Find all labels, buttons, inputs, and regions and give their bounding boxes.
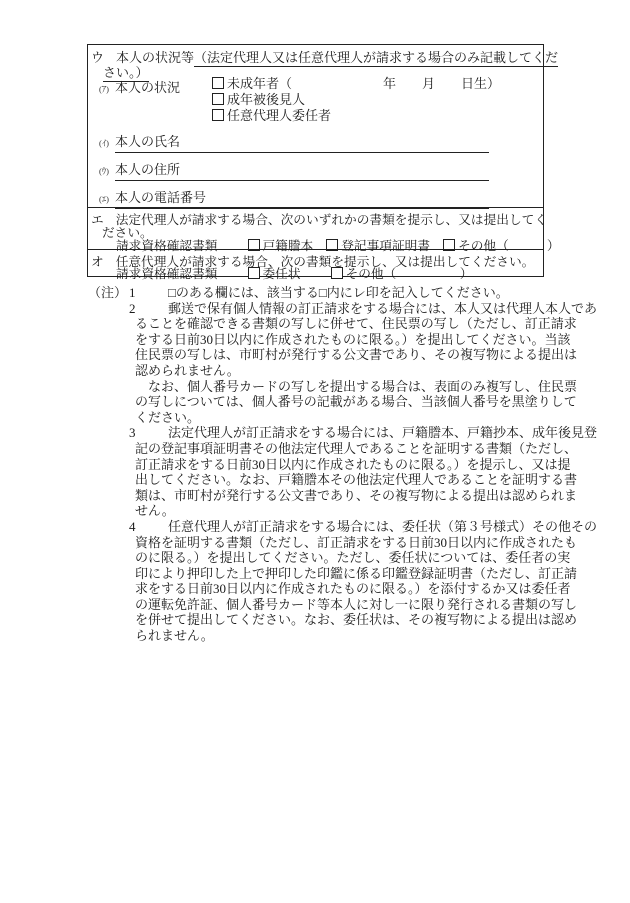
note-line: せん。 (135, 503, 558, 519)
checkbox-label: 委任状 (263, 267, 301, 281)
item-honnin-status: (ｱ)本人の状況 (99, 77, 180, 96)
note-line: なお、個人番号カードの写しを提出する場合は、表面のみ複写し、住民票 (135, 379, 558, 395)
item-status-marker: (ｱ) (99, 83, 115, 95)
note-line: 印により押印した上で押印した印鑑に係る印鑑登録証明書（ただし、訂正請 (135, 566, 558, 582)
item-status-label: 本人の状況 (115, 80, 180, 95)
note-line: をする日前30日以内に作成されたものに限る。）を提出してください。当該 (135, 332, 558, 348)
note-line: 出してください。なお、戸籍謄本その他法定代理人であることを証明する書 (135, 472, 558, 488)
notes-section: （注） 1 □のある欄には、該当する□内にレ印を記入してください。 2 郵送で保… (88, 285, 558, 644)
section-u-title-line: ウ本人の状況等（法定代理人又は任意代理人が請求する場合のみ記載してくだ (91, 47, 558, 66)
note-number: 4 (129, 519, 136, 535)
honnin-phone-label: 本人の電話番号 (115, 190, 206, 205)
honnin-name-field[interactable]: 本人の氏名 (115, 131, 489, 153)
item-honnin-phone: (ｴ)本人の電話番号 (99, 187, 489, 209)
checkbox-voluntary-agent-delegator[interactable] (212, 109, 224, 121)
honnin-phone-field[interactable]: 本人の電話番号 (115, 187, 489, 209)
option-adult-ward: 成年被後見人 (212, 92, 500, 108)
section-e-text-line1: エ法定代理人が請求する場合、次のいずれかの書類を提示し、又は提出してく (91, 209, 547, 228)
note-number: 2 (129, 301, 136, 317)
note-line: 住民票の写しは、市町村が発行する公文書であり、その複写物による提出は (135, 347, 558, 363)
request-form-table: ウ本人の状況等（法定代理人又は任意代理人が請求する場合のみ記載してくだ さい。）… (87, 44, 544, 277)
checkbox-minor[interactable] (212, 77, 224, 89)
item-honnin-address: (ｳ)本人の住所 (99, 159, 489, 181)
note-line: 記の登記事項証明書その他法定代理人であることを証明する書類（ただし、 (135, 441, 558, 457)
item-address-marker: (ｳ) (99, 165, 115, 177)
note-item-1: 1 □のある欄には、該当する□内にレ印を記入してください。 (135, 285, 558, 301)
note-line: 法定代理人が訂正請求をする場合には、戸籍謄本、戸籍抄本、成年後見登 (135, 425, 558, 441)
note-line: 訂正請求をする日前30日以内に作成されたものに限る。）を提示し、又は提 (135, 457, 558, 473)
item-name-marker: (ｲ) (99, 137, 115, 149)
section-legal-agent: エ法定代理人が請求する場合、次のいずれかの書類を提示し、又は提出してく ださい。… (88, 207, 543, 249)
checkbox-adult-ward[interactable] (212, 93, 224, 105)
checkbox-label: 任意代理人委任者 (227, 108, 331, 123)
note-item-3: 3 法定代理人が訂正請求をする場合には、戸籍謄本、戸籍抄本、成年後見登 記の登記… (135, 425, 558, 519)
note-line: 求をする日前30日以内に作成されたものに限る。）を添付するか又は委任者 (135, 581, 558, 597)
option-ininjo: 委任状 (248, 267, 301, 281)
note-line: 認められません。 (135, 363, 558, 379)
section-voluntary-agent: オ任意代理人が請求する場合、次の書類を提示し、又は提出してください。 請求資格確… (88, 249, 543, 276)
note-line: のに限る。）を提出してください。ただし、委任状については、委任者の実 (135, 550, 558, 566)
document-page: ウ本人の状況等（法定代理人又は任意代理人が請求する場合のみ記載してくだ さい。）… (0, 0, 630, 903)
checkbox-ininjo[interactable] (248, 267, 260, 279)
section-o-docs-row: 請求資格確認書類委任状その他（ ） (116, 263, 472, 282)
item-phone-marker: (ｴ) (99, 193, 115, 205)
honnin-name-label: 本人の氏名 (115, 134, 180, 149)
note-line: られません。 (135, 628, 558, 644)
docs-label: 請求資格確認書類 (116, 267, 218, 281)
note-line: 任意代理人が訂正請求をする場合には、委任状（第３号様式）その他その (135, 519, 558, 535)
note-item-2: 2 郵送で保有個人情報の訂正請求をする場合には、本人又は代理人本人であ ることを… (135, 301, 558, 426)
section-u-title-note: （法定代理人又は任意代理人が請求する場合のみ記載してくだ (194, 50, 558, 67)
note-line: ることを確認できる書類の写しに併せて、住民票の写し（ただし、訂正請求 (135, 316, 558, 332)
note-line: を併せて提出してください。なお、委任状は、その複写物による提出は認め (135, 612, 558, 628)
section-o-marker: オ (91, 251, 104, 270)
note-item-4: 4 任意代理人が訂正請求をする場合には、委任状（第３号様式）その他その 資格を証… (135, 519, 558, 644)
note-line: ください。 (135, 410, 558, 426)
option-minor: 未成年者（ 年 月 日生） (212, 76, 500, 92)
checkbox-label: 未成年者（ 年 月 日生） (227, 76, 500, 91)
checkbox-label: その他（ ） (346, 267, 473, 281)
honnin-address-field[interactable]: 本人の住所 (115, 159, 489, 181)
note-line: 資格を証明する書類（ただし、訂正請求をする日前30日以内に作成されたも (135, 535, 558, 551)
option-voluntary-agent-delegator: 任意代理人委任者 (212, 108, 500, 124)
note-number: 3 (129, 425, 136, 441)
checkbox-label: 成年被後見人 (227, 92, 305, 107)
option-sonota-o: その他（ ） (331, 267, 473, 281)
item-honnin-name: (ｲ)本人の氏名 (99, 131, 489, 153)
note-line: □のある欄には、該当する□内にレ印を記入してください。 (135, 285, 558, 301)
notes-marker: （注） (88, 285, 127, 301)
note-line: の運転免許証、個人番号カード等本人に対し一に限り発行される書類の写し (135, 597, 558, 613)
note-line: 類は、市町村が発行する公文書であり、その複写物による提出は認められま (135, 488, 558, 504)
honnin-address-label: 本人の住所 (115, 162, 180, 177)
status-options: 未成年者（ 年 月 日生） 成年被後見人 任意代理人委任者 (212, 76, 500, 124)
note-line: の写しについては、個人番号の記載がある場合、当該個人番号を黒塗りして (135, 394, 558, 410)
checkbox-sonota-o[interactable] (331, 267, 343, 279)
note-line: 郵送で保有個人情報の訂正請求をする場合には、本人又は代理人本人であ (135, 301, 558, 317)
section-honnin-jokyo: ウ本人の状況等（法定代理人又は任意代理人が請求する場合のみ記載してくだ さい。）… (88, 45, 543, 207)
note-number: 1 (129, 285, 136, 301)
